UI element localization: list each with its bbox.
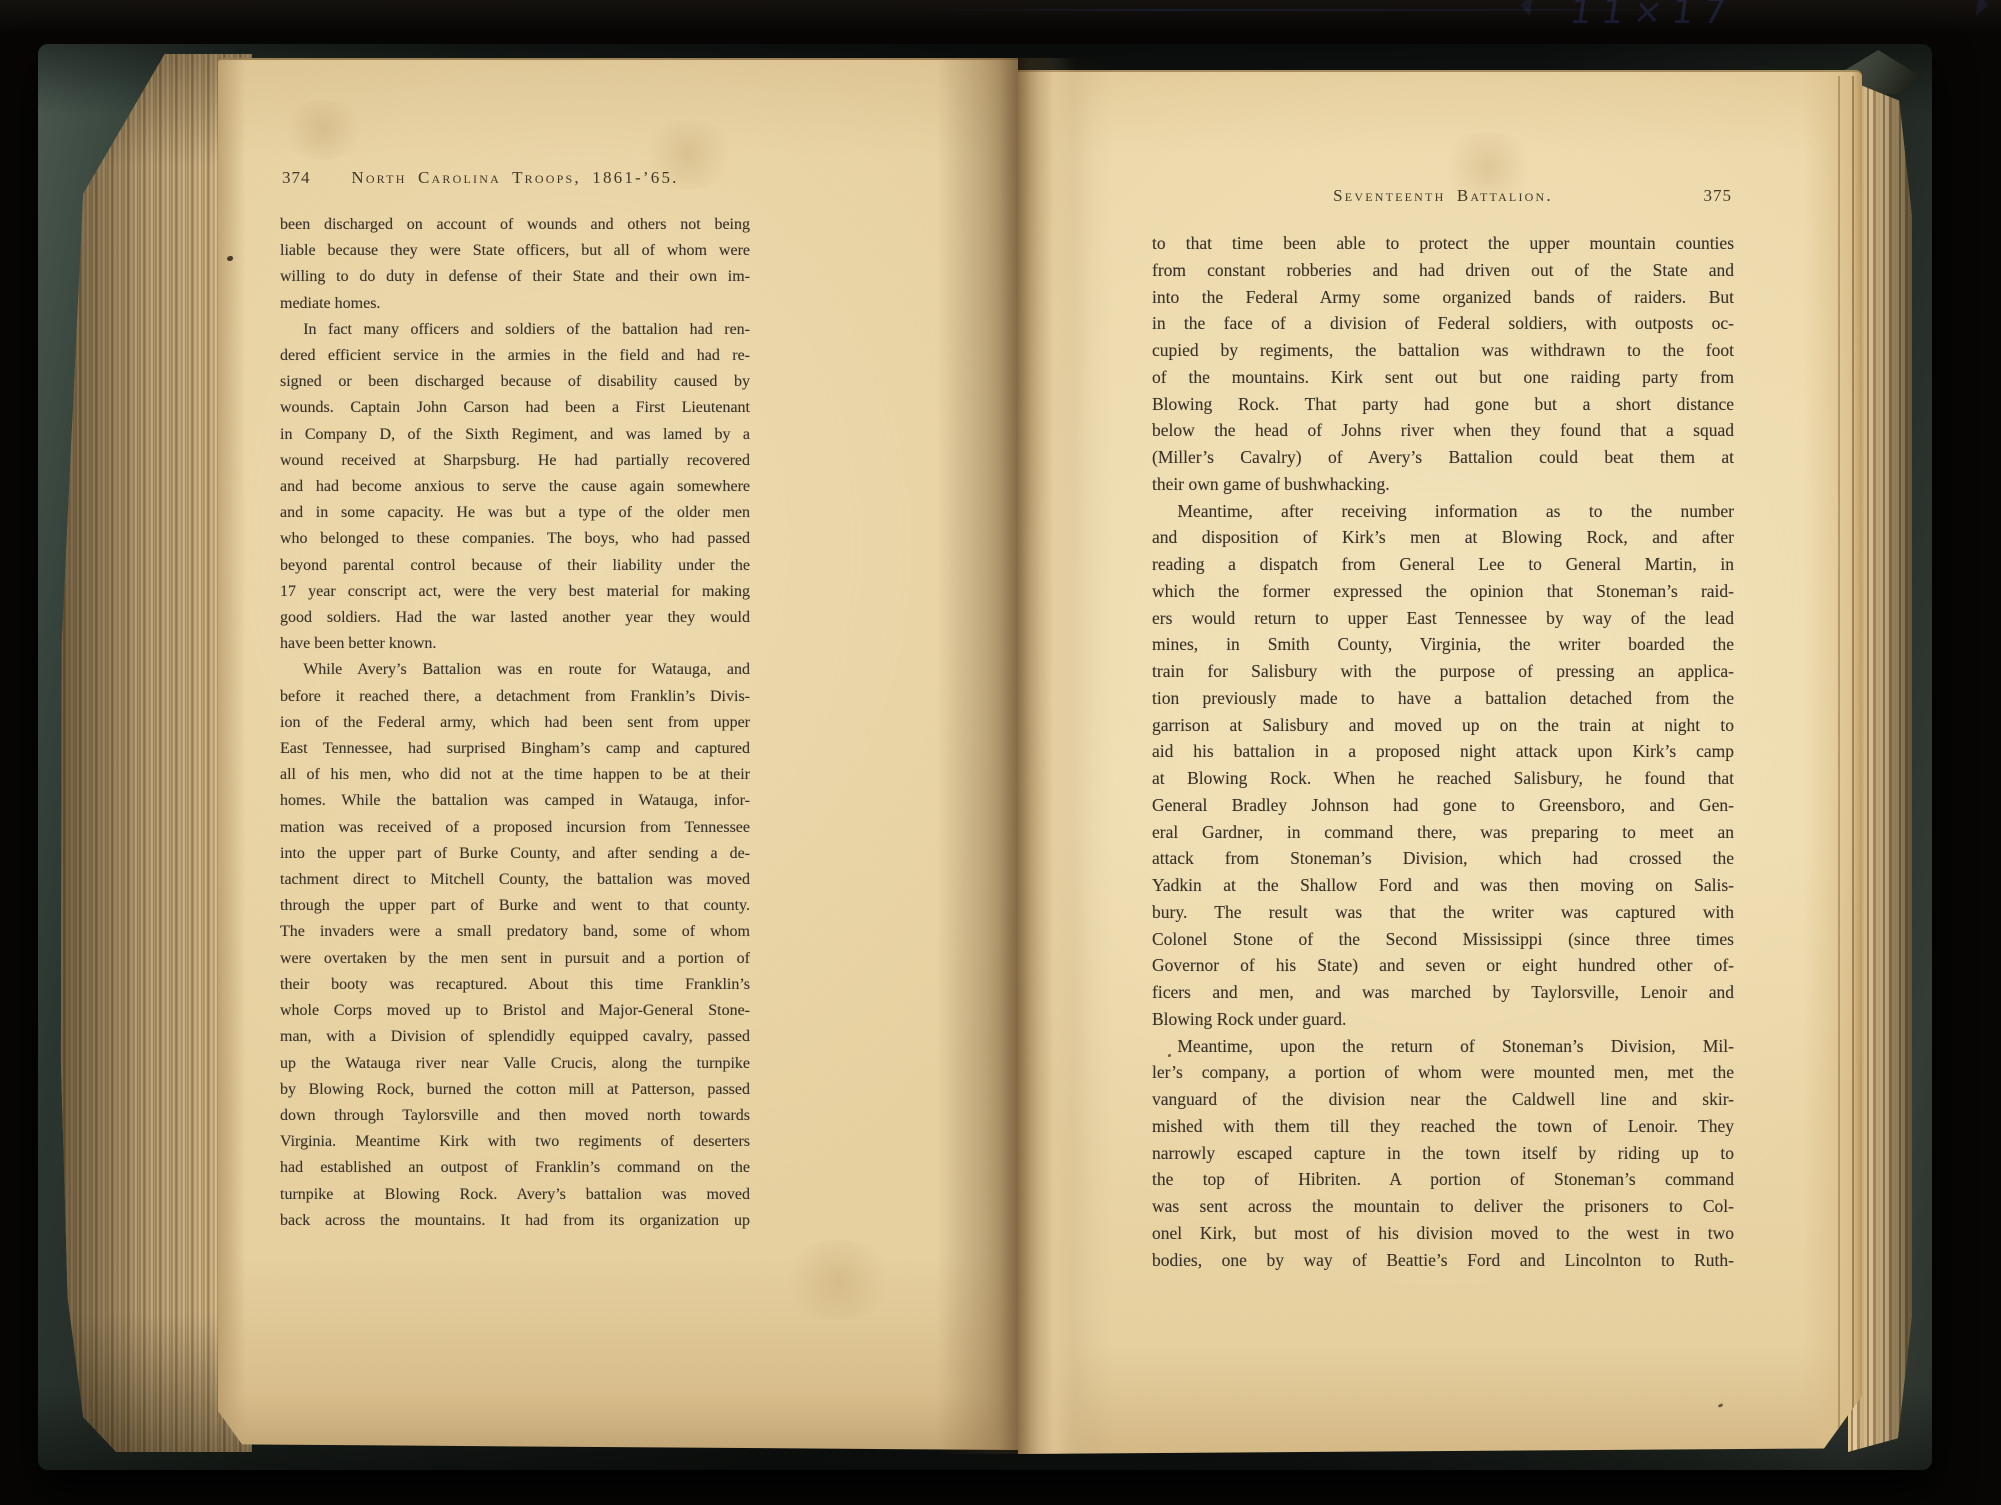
text-line: train for Salisbury with the purpose of … [1152, 658, 1734, 685]
book-scan-photo: 11×17 374 North Carolina Troops, 1861-’6… [0, 0, 2001, 1505]
text-line: into the Federal Army some organized ban… [1152, 284, 1734, 311]
text-line: were overtaken by the men sent in pursui… [280, 946, 750, 972]
right-header-title: Seventeenth Battalion. [1152, 186, 1734, 206]
text-line: onel Kirk, but most of his division move… [1152, 1220, 1734, 1247]
text-line: General Bradley Johnson had gone to Gree… [1152, 792, 1734, 819]
left-page-number: 374 [282, 168, 311, 188]
left-page-body: been discharged on account of wounds and… [280, 212, 750, 1234]
left-page: 374 North Carolina Troops, 1861-’65. bee… [218, 58, 1018, 1450]
arrow-right-icon [1976, 0, 2001, 16]
text-line: Yadkin at the Shallow Ford and was then … [1152, 872, 1734, 899]
text-line: eral Gardner, in command there, was prep… [1152, 819, 1734, 846]
text-line: to that time been able to protect the up… [1152, 230, 1734, 257]
text-line: Governor of his State) and seven or eigh… [1152, 952, 1734, 979]
text-line: in the face of a division of Federal sol… [1152, 310, 1734, 337]
text-line: into the upper part of Burke County, and… [280, 841, 750, 867]
paper-stain [278, 100, 368, 160]
right-running-header: Seventeenth Battalion. 375 [1152, 186, 1734, 216]
text-line: below the head of Johns river when they … [1152, 417, 1734, 444]
text-line: man, with a Division of splendidly equip… [280, 1024, 750, 1050]
scan-size-marking: 11×17 [1567, 0, 1993, 36]
text-line: ion of the Federal army, which had been … [280, 710, 750, 736]
text-line: turnpike at Blowing Rock. Avery’s battal… [280, 1182, 750, 1208]
text-line: and had become anxious to serve the caus… [280, 474, 750, 500]
ink-speck [227, 256, 233, 261]
text-line: Virginia. Meantime Kirk with two regimen… [280, 1129, 750, 1155]
text-line: all of his men, who did not at the time … [280, 762, 750, 788]
text-line: Colonel Stone of the Second Mississippi … [1152, 926, 1734, 953]
text-line: who belonged to these companies. The boy… [280, 526, 750, 552]
text-line: ficers and men, and was marched by Taylo… [1152, 979, 1734, 1006]
text-line: had established an outpost of Franklin’s… [280, 1155, 750, 1181]
scanner-top-band: 11×17 [0, 0, 2001, 34]
text-line: homes. While the battalion was camped in… [280, 788, 750, 814]
text-line: through the upper part of Burke and went… [280, 893, 750, 919]
arrow-left-icon [1508, 0, 1533, 16]
text-line: wound received at Sharpsburg. He had par… [280, 448, 750, 474]
text-line: dered efficient service in the armies in… [280, 343, 750, 369]
text-line: mediate homes. [280, 291, 750, 317]
text-line: and disposition of Kirk’s men at Blowing… [1152, 524, 1734, 551]
text-line: East Tennessee, had surprised Bingham’s … [280, 736, 750, 762]
ink-speck [1718, 1403, 1724, 1408]
text-line: tion previously made to have a battalion… [1152, 685, 1734, 712]
text-line: have been better known. [280, 631, 750, 657]
text-line: bodies, one by way of Beattie’s Ford and… [1152, 1247, 1734, 1274]
text-line: was sent across the mountain to deliver … [1152, 1193, 1734, 1220]
left-running-header: 374 North Carolina Troops, 1861-’65. [280, 168, 750, 198]
text-line: liable because they were State officers,… [280, 238, 750, 264]
text-line: 17 year conscript act, were the very bes… [280, 579, 750, 605]
text-line: and in some capacity. He was but a type … [280, 500, 750, 526]
text-line: Meantime, upon the return of Stoneman’s … [1152, 1033, 1734, 1060]
text-line: Meantime, after receiving information as… [1152, 498, 1734, 525]
text-line: In fact many officers and soldiers of th… [280, 317, 750, 343]
text-line: garrison at Salisbury and moved up on th… [1152, 712, 1734, 739]
text-line: at Blowing Rock. When he reached Salisbu… [1152, 765, 1734, 792]
text-line: cupied by regiments, the battalion was w… [1152, 337, 1734, 364]
text-line: whole Corps moved up to Bristol and Majo… [280, 998, 750, 1024]
text-line: their own game of bushwhacking. [1152, 471, 1734, 498]
text-line: their booty was recaptured. About this t… [280, 972, 750, 998]
text-line: bury. The result was that the writer was… [1152, 899, 1734, 926]
scan-size-label: 11×17 [1567, 0, 1738, 32]
text-line: The invaders were a small predatory band… [280, 919, 750, 945]
text-line: down through Taylorsville and then moved… [280, 1103, 750, 1129]
text-line: ers would return to upper East Tennessee… [1152, 605, 1734, 632]
left-header-title: North Carolina Troops, 1861-’65. [280, 168, 750, 188]
text-line: While Avery’s Battalion was en route for… [280, 657, 750, 683]
text-line: reading a dispatch from General Lee to G… [1152, 551, 1734, 578]
text-line: which the former expressed the opinion t… [1152, 578, 1734, 605]
right-page-number: 375 [1704, 186, 1733, 206]
text-line: been discharged on account of wounds and… [280, 212, 750, 238]
text-line: beyond parental control because of their… [280, 553, 750, 579]
text-line: up the Watauga river near Valle Crucis, … [280, 1051, 750, 1077]
text-line: attack from Stoneman’s Division, which h… [1152, 845, 1734, 872]
right-page-body: to that time been able to protect the up… [1152, 230, 1734, 1273]
text-line: mation was received of a proposed incurs… [280, 815, 750, 841]
text-line: Blowing Rock. That party had gone but a … [1152, 391, 1734, 418]
right-page-sheet-edges [1838, 76, 1854, 1448]
text-line: back across the mountains. It had from i… [280, 1208, 750, 1234]
text-line: mished with them till they reached the t… [1152, 1113, 1734, 1140]
text-line: narrowly escaped capture in the town its… [1152, 1140, 1734, 1167]
text-line: ler’s company, a portion of whom were mo… [1152, 1059, 1734, 1086]
text-line: before it reached there, a detachment fr… [280, 684, 750, 710]
text-line: in Company D, of the Sixth Regiment, and… [280, 422, 750, 448]
text-line: willing to do duty in defense of their S… [280, 264, 750, 290]
text-line: aid his battalion in a proposed night at… [1152, 738, 1734, 765]
text-line: Blowing Rock under guard. [1152, 1006, 1734, 1033]
text-line: from constant robberies and had driven o… [1152, 257, 1734, 284]
text-line: of the mountains. Kirk sent out but one … [1152, 364, 1734, 391]
text-line: vanguard of the division near the Caldwe… [1152, 1086, 1734, 1113]
text-line: signed or been discharged because of dis… [280, 369, 750, 395]
paper-stain [778, 1240, 898, 1320]
text-line: the top of Hibriten. A portion of Stonem… [1152, 1166, 1734, 1193]
right-page: Seventeenth Battalion. 375 to that time … [1018, 70, 1862, 1454]
text-line: tachment direct to Mitchell County, the … [280, 867, 750, 893]
text-line: wounds. Captain John Carson had been a F… [280, 395, 750, 421]
text-line: good soldiers. Had the war lasted anothe… [280, 605, 750, 631]
text-line: (Miller’s Cavalry) of Avery’s Battalion … [1152, 444, 1734, 471]
text-line: mines, in Smith County, Virginia, the wr… [1152, 631, 1734, 658]
text-line: by Blowing Rock, burned the cotton mill … [280, 1077, 750, 1103]
